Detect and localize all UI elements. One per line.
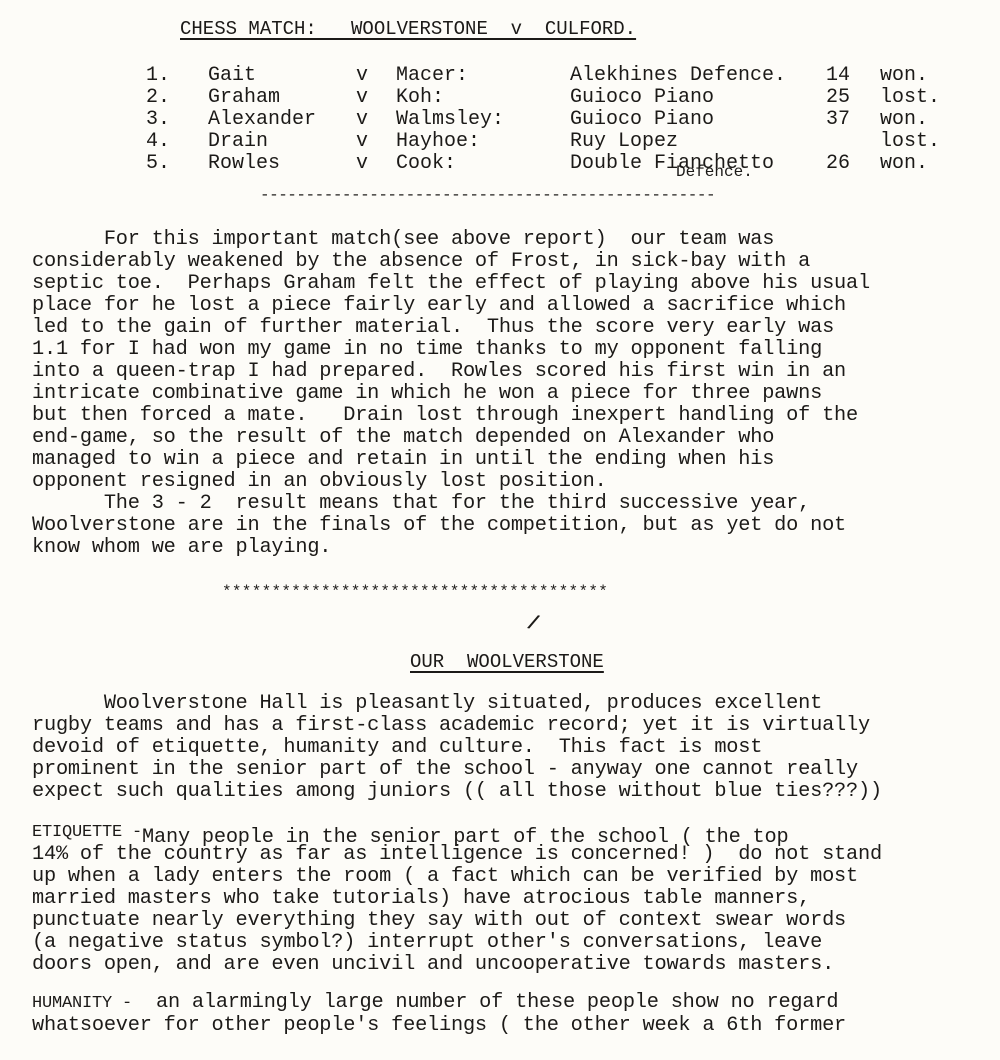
game-result: won.: [880, 152, 928, 175]
move-count: 37: [826, 108, 850, 131]
report-line: Woolverstone are in the finals of the co…: [32, 515, 870, 537]
versus: v: [356, 152, 368, 175]
humanity-label: HUMANITY -: [32, 994, 132, 1013]
opening-name: Ruy Lopez: [570, 130, 678, 153]
woolverstone-player: Gait: [208, 64, 256, 87]
report-line: 1.1 for I had won my game in no time tha…: [32, 339, 870, 361]
etiquette-line: (a negative status symbol?) interrupt ot…: [32, 932, 882, 954]
woolverstone-player: Alexander: [208, 108, 316, 131]
report-line: into a queen-trap I had prepared. Rowles…: [32, 361, 870, 383]
board-number: 1.: [146, 64, 170, 87]
our-woolverstone-title: OUR WOOLVERSTONE: [410, 651, 604, 673]
culford-player: Hayhoe:: [396, 130, 480, 153]
game-result: lost.: [880, 130, 940, 153]
report-line: For this important match(see above repor…: [32, 229, 870, 251]
section-separator: ***************************************: [222, 583, 608, 601]
report-line: led to the gain of further material. Thu…: [32, 317, 870, 339]
board-number: 4.: [146, 130, 170, 153]
game-result: won.: [880, 108, 928, 131]
intro-line: Woolverstone Hall is pleasantly situated…: [32, 693, 882, 715]
intro-paragraph: Woolverstone Hall is pleasantly situated…: [32, 693, 882, 803]
divider-rule: ----------------------------------------…: [260, 186, 715, 204]
typewritten-page: CHESS MATCH: WOOLVERSTONE v CULFORD. 1.G…: [0, 0, 1000, 1060]
intro-line: expect such qualities among juniors (( a…: [32, 781, 882, 803]
culford-player: Macer:: [396, 64, 468, 87]
board-number: 3.: [146, 108, 170, 131]
etiquette-label: ETIQUETTE -: [32, 823, 142, 842]
intro-line: devoid of etiquette, humanity and cultur…: [32, 737, 882, 759]
etiquette-paragraph: ETIQUETTE -Many people in the senior par…: [32, 821, 882, 976]
humanity-line: whatsoever for other people's feelings (…: [32, 1015, 846, 1037]
report-line: managed to win a piece and retain in unt…: [32, 449, 870, 471]
culford-player: Walmsley:: [396, 108, 504, 131]
move-count: 25: [826, 86, 850, 109]
culford-player: Cook:: [396, 152, 456, 175]
etiquette-first-line: ETIQUETTE -Many people in the senior par…: [32, 821, 882, 844]
pen-mark: /: [525, 612, 542, 637]
opening-continuation: Defence.: [676, 165, 753, 179]
intro-line: rugby teams and has a first-class academ…: [32, 715, 882, 737]
opening-name: Guioco Piano: [570, 86, 714, 109]
report-line: place for he lost a piece fairly early a…: [32, 295, 870, 317]
move-count: 26: [826, 152, 850, 175]
culford-player: Koh:: [396, 86, 444, 109]
intro-line: prominent in the senior part of the scho…: [32, 759, 882, 781]
report-line: The 3 - 2 result means that for the thir…: [32, 493, 870, 515]
woolverstone-player: Drain: [208, 130, 268, 153]
report-line: considerably weakened by the absence of …: [32, 251, 870, 273]
woolverstone-player: Rowles: [208, 152, 280, 175]
versus: v: [356, 130, 368, 153]
versus: v: [356, 86, 368, 109]
woolverstone-player: Graham: [208, 86, 280, 109]
game-result: won.: [880, 64, 928, 87]
chess-match-title: CHESS MATCH: WOOLVERSTONE v CULFORD.: [180, 18, 636, 40]
report-line: end-game, so the result of the match dep…: [32, 427, 870, 449]
versus: v: [356, 108, 368, 131]
humanity-paragraph: HUMANITY - an alarmingly large number of…: [32, 992, 846, 1037]
versus: v: [356, 64, 368, 87]
etiquette-line: married masters who take tutorials) have…: [32, 888, 882, 910]
opening-name: Guioco Piano: [570, 108, 714, 131]
report-line: opponent resigned in an obviously lost p…: [32, 471, 870, 493]
report-line: intricate combinative game in which he w…: [32, 383, 870, 405]
etiquette-line: punctuate nearly everything they say wit…: [32, 910, 882, 932]
etiquette-line: doors open, and are even uncivil and unc…: [32, 954, 882, 976]
board-number: 2.: [146, 86, 170, 109]
board-number: 5.: [146, 152, 170, 175]
report-line: but then forced a mate. Drain lost throu…: [32, 405, 870, 427]
etiquette-line: up when a lady enters the room ( a fact …: [32, 866, 882, 888]
report-line: septic toe. Perhaps Graham felt the effe…: [32, 273, 870, 295]
opening-name: Alekhines Defence.: [570, 64, 786, 87]
game-result: lost.: [880, 86, 940, 109]
move-count: 14: [826, 64, 850, 87]
report-line: know whom we are playing.: [32, 537, 870, 559]
match-report: For this important match(see above repor…: [32, 229, 870, 559]
humanity-first-line: HUMANITY - an alarmingly large number of…: [32, 992, 846, 1015]
